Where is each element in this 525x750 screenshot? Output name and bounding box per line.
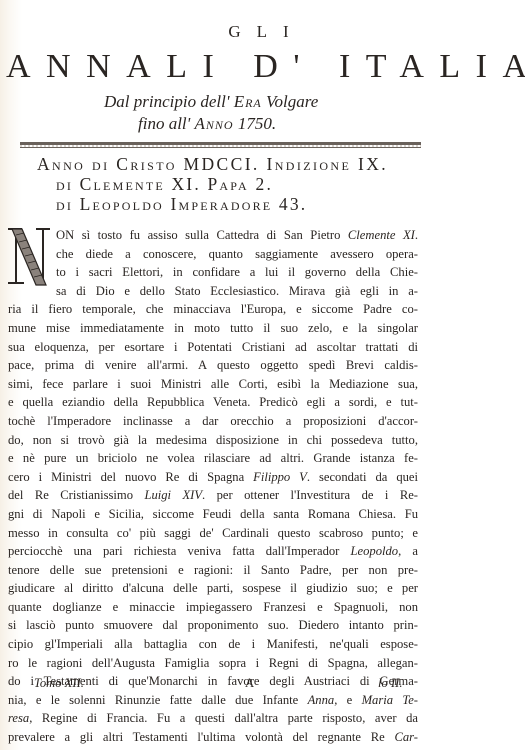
text: nia, e le solenni Rinunzie fatte dalle d… — [8, 693, 308, 707]
subtitle-text: Volgare — [262, 92, 319, 111]
text-line: messo in consulta co' più saggi de' Card… — [8, 524, 418, 543]
text: quante doglianze e minaccie impiegassero… — [8, 600, 418, 614]
text-line: cero i Ministri del nuovo Re di Spagna F… — [8, 468, 418, 487]
catchword: lo II. — [378, 676, 402, 691]
italic-text: Leopoldo — [351, 544, 399, 558]
subtitle-smallcaps: Anno — [195, 114, 234, 133]
text-line: do, non si trovò già la medesima disposi… — [8, 431, 418, 450]
text: e quella eziandio della Repubblica Venet… — [8, 395, 418, 409]
italic-text: Luigi XIV — [144, 488, 202, 502]
text-line: che diede a conoscere, quanto saggiament… — [56, 245, 418, 264]
subtitle-text: fino all' — [138, 114, 195, 133]
text: sì tosto fu assiso sulla Cattedra di San… — [74, 228, 348, 242]
text-line: ria il fiero temporale, che minacciava l… — [8, 300, 418, 319]
text: , Regine di Francia. Fu a questi dall'al… — [29, 711, 418, 725]
text: messo in consulta co' più saggi de' Card… — [8, 526, 418, 540]
text: . secondati da quei — [307, 470, 418, 484]
text: , e — [334, 693, 361, 707]
text: ro le ragioni dell'Augusta Famiglia sopr… — [8, 656, 418, 670]
text: pace, prima di venire all'armi. A questo… — [8, 358, 418, 372]
text-line: del Re Cristianissimo Luigi XIV. per ott… — [8, 486, 418, 505]
text: , a — [398, 544, 418, 558]
text: to i sacri Elettori, in confidare a lui … — [56, 265, 418, 279]
italic-text: Filippo V — [253, 470, 307, 484]
text: cipio gl'Imperiali alla battaglia con de… — [8, 637, 418, 651]
text-line: e nè pure un briciolo ne volea rilasciar… — [8, 449, 418, 468]
book-page: GLI ANNALI D' ITALIA Dal principio dell'… — [0, 0, 525, 750]
text: ria il fiero temporale, che minacciava l… — [8, 302, 418, 316]
text-line: ON sì tosto fu assiso sulla Cattedra di … — [56, 226, 418, 245]
page-footer: Tomo XII. A lo II. — [0, 676, 525, 694]
text: sua eloquenza, per esortare i Potentati … — [8, 340, 418, 354]
text: del Re Cristianissimo — [8, 488, 144, 502]
italic-text: Car- — [394, 730, 418, 744]
ornamental-rule — [20, 142, 421, 148]
text: sa di Dio e dello Stato Ecclesiastico. M… — [56, 284, 418, 298]
text: cero i Ministri del nuovo Re di Spagna — [8, 470, 253, 484]
text: gni di Napoli e Sicilia, siccome Feudi d… — [8, 507, 418, 521]
text-line: cipio gl'Imperiali alla battaglia con de… — [8, 635, 418, 654]
title-prefix: GLI — [0, 22, 525, 42]
body-paragraph: ON sì tosto fu assiso sulla Cattedra di … — [8, 226, 418, 747]
text-line: quante doglianze e minaccie impiegassero… — [8, 598, 418, 617]
text: . — [415, 228, 418, 242]
italic-text: Maria Te- — [362, 693, 418, 707]
text-line: si lasciò punto smuovere dal proponiment… — [8, 616, 418, 635]
text: si lasciò punto smuovere dal proponiment… — [8, 618, 418, 632]
text: simi, fece parlare i suoi Ministri alle … — [8, 377, 418, 391]
text: . per ottener l'Investitura de i Re- — [202, 488, 418, 502]
year-heading-line-3: di Leopoldo Imperadore 43. — [56, 196, 307, 214]
text-line: sua eloquenza, per esortare i Potentati … — [8, 338, 418, 357]
text-line: perciocchè una pari richiesta veniva fat… — [8, 542, 418, 561]
signature-mark: A — [245, 676, 254, 691]
italic-text: Clemente XI — [348, 228, 415, 242]
volume-number: Tomo XII. — [34, 676, 84, 691]
text: che diede a conoscere, quanto saggiament… — [56, 247, 418, 261]
text-line: prevalere a gli altri Testamenti l'ultim… — [8, 728, 418, 747]
text-line: e quella eziandio della Repubblica Venet… — [8, 393, 418, 412]
year-heading-line-1: Anno di Cristo MDCCI. Indizione IX. — [37, 156, 388, 174]
subtitle-line-2: fino all' Anno 1750. — [138, 114, 525, 134]
text-line: tochè l'Imperadore inclinasse a dar orec… — [8, 412, 418, 431]
subtitle-text: 1750. — [234, 114, 277, 133]
text: tochè l'Imperadore inclinasse a dar orec… — [8, 414, 418, 428]
italic-text: Anna — [308, 693, 335, 707]
text: ON — [56, 228, 74, 242]
text: tenore delle sue pretensioni e ragioni: … — [8, 563, 418, 577]
text: prevalere a gli altri Testamenti l'ultim… — [8, 730, 394, 744]
text: mune mise immediatamente in moto tutto i… — [8, 321, 418, 335]
text-line: sa di Dio e dello Stato Ecclesiastico. M… — [56, 282, 418, 301]
text: e nè pure un briciolo ne volea rilasciar… — [8, 451, 418, 465]
text-line: pace, prima di venire all'armi. A questo… — [8, 356, 418, 375]
italic-text: resa — [8, 711, 29, 725]
text-line: ro le ragioni dell'Augusta Famiglia sopr… — [8, 654, 418, 673]
text-line: simi, fece parlare i suoi Ministri alle … — [8, 375, 418, 394]
text: do, non si trovò già la medesima disposi… — [8, 433, 418, 447]
text-line: mune mise immediatamente in moto tutto i… — [8, 319, 418, 338]
text-line: resa, Regine di Francia. Fu a questi dal… — [8, 709, 418, 728]
subtitle-line-1: Dal principio dell' Era Volgare — [104, 92, 525, 112]
text-line: to i sacri Elettori, in confidare a lui … — [56, 263, 418, 282]
text-line: giudicare al diritto d'alcuna delle part… — [8, 579, 418, 598]
subtitle-text: Dal principio dell' — [104, 92, 234, 111]
page-title: ANNALI D' ITALIA — [6, 50, 436, 84]
year-heading-line-2: di Clemente XI. Papa 2. — [56, 176, 273, 194]
text: perciocchè una pari richiesta veniva fat… — [8, 544, 351, 558]
text: giudicare al diritto d'alcuna delle part… — [8, 581, 418, 595]
text-line: tenore delle sue pretensioni e ragioni: … — [8, 561, 418, 580]
subtitle-smallcaps: Era — [234, 92, 262, 111]
text-line: gni di Napoli e Sicilia, siccome Feudi d… — [8, 505, 418, 524]
